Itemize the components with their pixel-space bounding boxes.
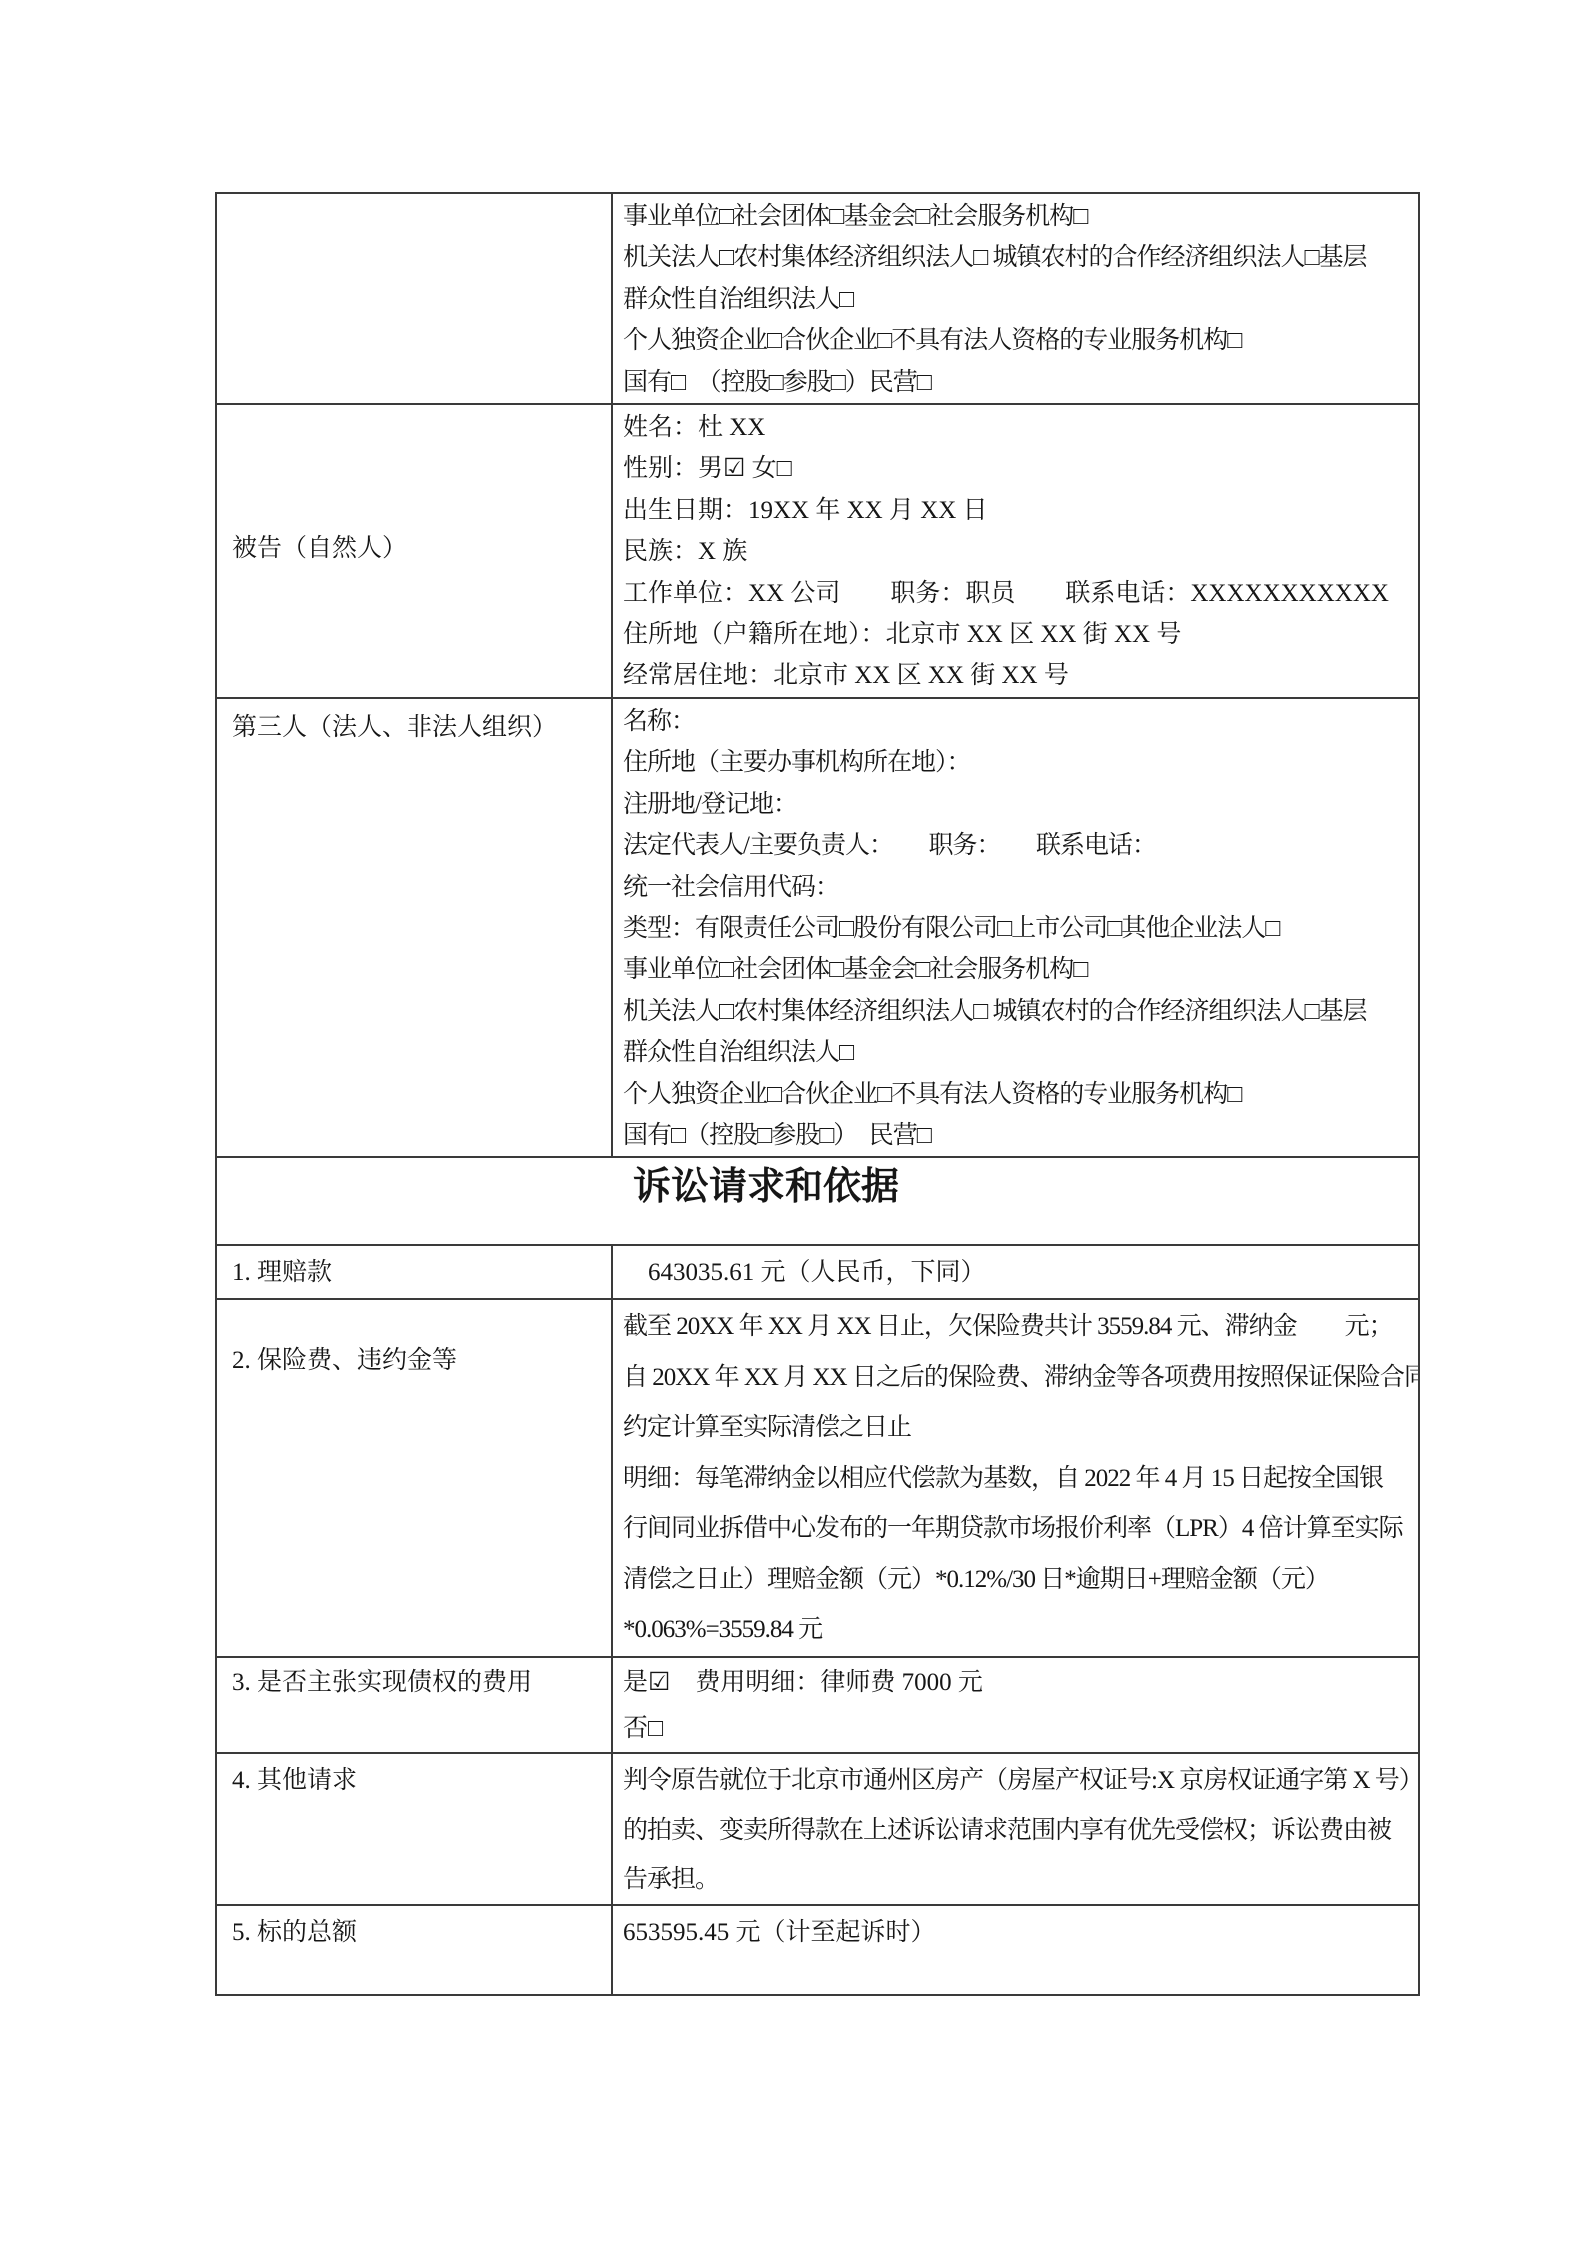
text-line: 群众性自治组织法人□ (623, 1032, 1414, 1073)
row-label: 5. 标的总额 (232, 1908, 605, 1958)
third-party-details-cell: 名称： 住所地（主要办事机构所在地）： 注册地/登记地： 法定代表人/主要负责人… (612, 698, 1419, 1157)
text-line: 个人独资企业□合伙企业□不具有法人资格的专业服务机构□ (623, 320, 1414, 361)
text-line: 自 20XX 年 XX 月 XX 日之后的保险费、滞纳金等各项费用按照保证保险合… (623, 1353, 1414, 1404)
claim1-label-cell: 1. 理赔款 (216, 1245, 612, 1299)
text-line: 事业单位□社会团体□基金会□社会服务机构□ (623, 949, 1414, 990)
text-line: 653595.45 元（计至起诉时） (623, 1908, 1414, 1958)
text-line: 注册地/登记地： (623, 784, 1414, 825)
row-label: 1. 理赔款 (232, 1248, 605, 1298)
text-line: 住所地（主要办事机构所在地）： (623, 742, 1414, 783)
table-row: 被告（自然人） 姓名：杜 XX 性别：男☑ 女□ 出生日期：19XX 年 XX … (216, 404, 1419, 698)
table-row: 诉讼请求和依据 (216, 1157, 1419, 1245)
claim5-label-cell: 5. 标的总额 (216, 1905, 612, 1995)
text-line: 643035.61 元（人民币，下同） (623, 1248, 1414, 1298)
table-row: 3. 是否主张实现债权的费用 是☑ 费用明细：律师费 7000 元 否□ (216, 1657, 1419, 1753)
claim4-label-cell: 4. 其他请求 (216, 1753, 612, 1905)
text-line: 类型：有限责任公司□股份有限公司□上市公司□其他企业法人□ (623, 908, 1414, 949)
text-line: 群众性自治组织法人□ (623, 279, 1414, 320)
text-line: 统一社会信用代码： (623, 867, 1414, 908)
text-line: 机关法人□农村集体经济组织法人□ 城镇农村的合作经济组织法人□基层 (623, 237, 1414, 278)
text-line: 姓名：杜 XX (623, 407, 1414, 448)
text-line: 约定计算至实际清偿之日止 (623, 1403, 1414, 1454)
text-line: 机关法人□农村集体经济组织法人□ 城镇农村的合作经济组织法人□基层 (623, 991, 1414, 1032)
text-line: 告承担。 (623, 1855, 1414, 1904)
third-party-label-cell: 第三人（法人、非法人组织） (216, 698, 612, 1157)
text-line: 否□ (623, 1706, 1414, 1752)
claim4-value-cell: 判令原告就位于北京市通州区房产（房屋产权证号:X 京房权证通字第 X 号） 的拍… (612, 1753, 1419, 1905)
text-line: 判令原告就位于北京市通州区房产（房屋产权证号:X 京房权证通字第 X 号） (623, 1756, 1414, 1805)
text-line: 国有□（控股□参股□） 民营□ (623, 1115, 1414, 1156)
complaint-form-table: 事业单位□社会团体□基金会□社会服务机构□ 机关法人□农村集体经济组织法人□ 城… (215, 192, 1420, 1996)
text-line: 清偿之日止）理赔金额（元）*0.12%/30 日*逾期日+理赔金额（元） (623, 1555, 1414, 1606)
text-line: 住所地（户籍所在地）：北京市 XX 区 XX 街 XX 号 (623, 614, 1414, 655)
row-label: 被告（自然人） (232, 528, 605, 569)
text-line: 明细：每笔滞纳金以相应代偿款为基数，自 2022 年 4 月 15 日起按全国银 (623, 1454, 1414, 1505)
text-line: 名称： (623, 701, 1414, 742)
row-label: 第三人（法人、非法人组织） (232, 707, 605, 748)
table-row: 5. 标的总额 653595.45 元（计至起诉时） (216, 1905, 1419, 1995)
text-line: 法定代表人/主要负责人： 职务： 联系电话： (623, 825, 1414, 866)
text-line: 截至 20XX 年 XX 月 XX 日止，欠保险费共计 3559.84 元、滞纳… (623, 1302, 1414, 1353)
text-line: 出生日期：19XX 年 XX 月 XX 日 (623, 490, 1414, 531)
text-line: 是☑ 费用明细：律师费 7000 元 (623, 1660, 1414, 1706)
text-line: 国有□ （控股□参股□）民营□ (623, 362, 1414, 403)
claim3-label-cell: 3. 是否主张实现债权的费用 (216, 1657, 612, 1753)
claim2-value-cell: 截至 20XX 年 XX 月 XX 日止，欠保险费共计 3559.84 元、滞纳… (612, 1299, 1419, 1657)
text-line: 个人独资企业□合伙企业□不具有法人资格的专业服务机构□ (623, 1074, 1414, 1115)
claim3-value-cell: 是☑ 费用明细：律师费 7000 元 否□ (612, 1657, 1419, 1753)
row-label: 2. 保险费、违约金等 (232, 1336, 605, 1386)
table-row: 第三人（法人、非法人组织） 名称： 住所地（主要办事机构所在地）： 注册地/登记… (216, 698, 1419, 1157)
text-line: *0.063%=3559.84 元 (623, 1605, 1414, 1656)
table-row: 事业单位□社会团体□基金会□社会服务机构□ 机关法人□农村集体经济组织法人□ 城… (216, 193, 1419, 404)
text-line: 工作单位：XX 公司 职务：职员 联系电话：XXXXXXXXXXX (623, 573, 1414, 614)
claim1-value-cell: 643035.61 元（人民币，下同） (612, 1245, 1419, 1299)
text-line: 民族：X 族 (623, 531, 1414, 572)
text-line: 经常居住地：北京市 XX 区 XX 街 XX 号 (623, 655, 1414, 696)
text-line: 性别：男☑ 女□ (623, 448, 1414, 489)
table-row: 4. 其他请求 判令原告就位于北京市通州区房产（房屋产权证号:X 京房权证通字第… (216, 1753, 1419, 1905)
table-row: 2. 保险费、违约金等 截至 20XX 年 XX 月 XX 日止，欠保险费共计 … (216, 1299, 1419, 1657)
text-line: 行间同业拆借中心发布的一年期贷款市场报价利率（LPR）4 倍计算至实际 (623, 1504, 1414, 1555)
party-type-label-cell (216, 193, 612, 404)
claim2-label-cell: 2. 保险费、违约金等 (216, 1299, 612, 1657)
defendant-details-cell: 姓名：杜 XX 性别：男☑ 女□ 出生日期：19XX 年 XX 月 XX 日 民… (612, 404, 1419, 698)
row-label: 3. 是否主张实现债权的费用 (232, 1660, 605, 1706)
section-title: 诉讼请求和依据 (216, 1157, 1419, 1245)
defendant-label-cell: 被告（自然人） (216, 404, 612, 698)
party-type-options-cell: 事业单位□社会团体□基金会□社会服务机构□ 机关法人□农村集体经济组织法人□ 城… (612, 193, 1419, 404)
table-row: 1. 理赔款 643035.61 元（人民币，下同） (216, 1245, 1419, 1299)
claim5-value-cell: 653595.45 元（计至起诉时） (612, 1905, 1419, 1995)
text-line: 的拍卖、变卖所得款在上述诉讼请求范围内享有优先受偿权；诉讼费由被 (623, 1806, 1414, 1855)
row-label: 4. 其他请求 (232, 1756, 605, 1805)
text-line: 事业单位□社会团体□基金会□社会服务机构□ (623, 196, 1414, 237)
